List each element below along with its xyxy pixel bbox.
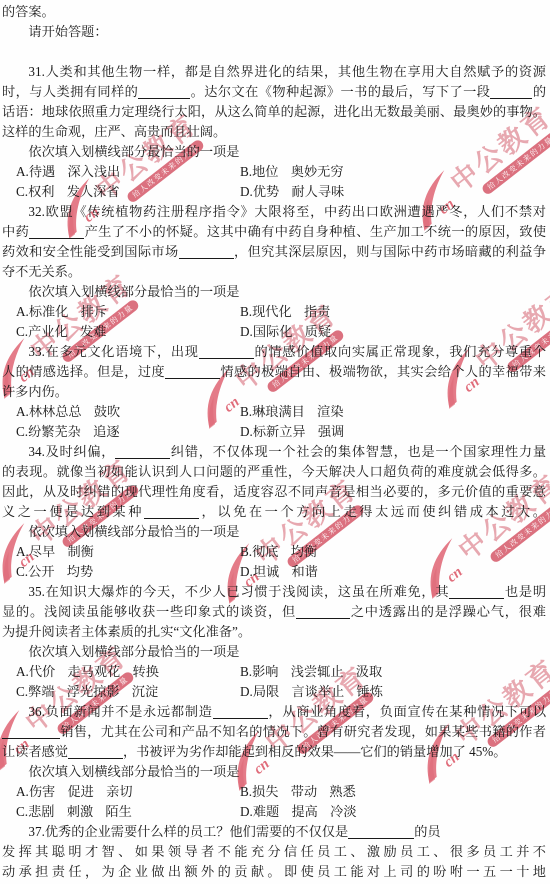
option: A.标准化 排斥 [16,302,240,322]
page-content: 的答案。请开始答题： 31.人类和其他生物一样，都是自然界进化的结果，其他生物在… [0,0,550,882]
fill-in-blank [2,725,60,739]
option: D.坦诚 和谐 [240,562,546,582]
question-text-line: 药效和安全性能受到国际市场，但究其深层原因，则与国际中药市场暗藏的利益争 [2,242,546,262]
fill-in-blank [199,345,254,359]
question-text-line: 义之一便是达到某种，以免在一个方向上走得太远而使纠错成本过大。 [2,502,546,522]
question-text-line: 时，与人类拥有同样的。达尔文在《物种起源》一书的最后，写下了一段的 [2,82,546,102]
fill-in-blank [179,245,234,259]
fill-in-blank [449,585,504,599]
option: A.伤害 促进 亲切 [16,782,240,802]
question-text-line: 动承担责任，为企业做出额外的贡献。即使员工能对上司的吩咐一五一十地 [2,862,546,882]
options-grid: A.尽早 制衡B.彻底 均衡C.公开 均势D.坦诚 和谐 [2,542,546,582]
option: C.产业化 发难 [16,322,240,342]
question-text-line: 人的情感选择。但是，过度情感的极端自由、极端物欲，其实会给个人的幸福带来 [2,362,546,382]
option: B.影响 浅尝辄止 汲取 [240,662,546,682]
fill-in-blank [213,705,268,719]
option: B.现代化 指责 [240,302,546,322]
question-text-line: 许多内伤。 [2,382,546,402]
option: C.弊端 浮光掠影 沉淀 [16,682,240,702]
fill-in-blank [144,505,199,519]
fill-in-blank [296,605,350,619]
exam-paper-page: cn中公教育给人改变未来的力量cn中公教育给人改变未来的力量cn中公教育给人改变… [0,0,550,884]
question-text-line: 32.欧盟《传统植物药注册程序指令》大限将至，中药出口欧洲遭遇严冬，人们不禁对 [2,202,546,222]
question-text-line: 33.在多元文化语境下，出现的情感价值取向实属正常现象，我们充分尊重个 [2,342,546,362]
fill-in-blank [490,85,532,99]
question-33: 33.在多元文化语境下，出现的情感价值取向实属正常现象，我们充分尊重个人的情感选… [2,342,546,442]
fill-in-prompt: 依次填入划横线部分最恰当的一项是 [2,522,546,542]
option: D.国际化 质疑 [240,322,546,342]
question-text-line: 夺不无关系。 [2,262,546,282]
question-text-line: 让读者感觉，书被评为劣作却能起到相反的效果——它们的销量增加了 45%。 [2,742,546,762]
question-31: 31.人类和其他生物一样，都是自然界进化的结果，其他生物在享用大自然赋予的资源时… [2,62,546,202]
option: A.代价 走马观花 转换 [16,662,240,682]
question-text-line: 31.人类和其他生物一样，都是自然界进化的结果，其他生物在享用大自然赋予的资源 [2,62,546,82]
question-text-line: 销售，尤其在公司和产品不知名的情况下。曾有研究者发现，如果某些书籍的作者 [2,722,546,742]
options-grid: A.伤害 促进 亲切B.损失 带动 熟悉C.悲剧 刺激 陌生D.难题 提高 冷淡 [2,782,546,822]
question-text-line: 话语：地球依照重力定理绕行太阳，从这么简单的起源，进化出无数最美丽、最奥妙的事物… [2,102,546,122]
fill-in-blank [348,825,414,839]
options-grid: A.待遇 深入浅出B.地位 奥妙无穷C.权利 发人深省D.优势 耐人寻味 [2,162,546,202]
questions-block: 31.人类和其他生物一样，都是自然界进化的结果，其他生物在享用大自然赋予的资源时… [2,62,546,882]
question-text-line: 36.负面新闻并不是永远都制造，从商业角度看，负面宣传在某种情况下可以 [2,702,546,722]
question-34: 34.及时纠偏，纠错，不仅体现一个社会的集体智慧，也是一个国家理性力量的表现。就… [2,442,546,582]
options-grid: A.标准化 排斥B.现代化 指责C.产业化 发难D.国际化 质疑 [2,302,546,342]
fill-in-blank [165,365,220,379]
option: C.悲剧 刺激 陌生 [16,802,240,822]
option: D.优势 耐人寻味 [240,182,546,202]
intro-line: 的答案。 [2,2,546,22]
question-text-line: 37.优秀的企业需要什么样的员工？他们需要的不仅仅是的员 [2,822,546,842]
fill-in-blank [68,745,123,759]
question-text-line: 34.及时纠偏，纠错，不仅体现一个社会的集体智慧，也是一个国家理性力量 [2,442,546,462]
question-36: 36.负面新闻并不是永远都制造，从商业角度看，负面宣传在某种情况下可以销售，尤其… [2,702,546,822]
question-37: 37.优秀的企业需要什么样的员工？他们需要的不仅仅是的员发挥其聪明才智、如果领导… [2,822,546,882]
option: C.公开 均势 [16,562,240,582]
option: A.待遇 深入浅出 [16,162,240,182]
fill-in-prompt: 依次填入划横线部分最恰当的一项是 [2,642,546,662]
option: D.局限 言谈举止 锤炼 [240,682,546,702]
fill-in-prompt: 依次填入划横线部分最恰当的一项是 [2,282,546,302]
question-text-line: 发挥其聪明才智、如果领导者不能充分信任员工、激励员工、很多员工并不 [2,842,546,862]
option: D.标新立异 强调 [240,422,546,442]
option: A.尽早 制衡 [16,542,240,562]
option: C.权利 发人深省 [16,182,240,202]
option: D.难题 提高 冷淡 [240,802,546,822]
intro-block: 的答案。请开始答题： [2,2,546,42]
option: B.琳琅满目 渲染 [240,402,546,422]
question-35: 35.在知识大爆炸的今天，不少人已习惯于浅阅读，这虽在所难免，其也是明显的。浅阅… [2,582,546,702]
intro-line: 请开始答题： [2,22,546,42]
option: A.林林总总 鼓吹 [16,402,240,422]
fill-in-prompt: 依次填入划横线部分最恰当的一项是 [2,762,546,782]
question-32: 32.欧盟《传统植物药注册程序指令》大限将至，中药出口欧洲遭遇严冬，人们不禁对中… [2,202,546,342]
question-text-line: 显的。浅阅读虽能够收获一些印象式的谈资，但之中透露出的是浮躁心气，很难 [2,602,546,622]
question-text-line: 为提升阅读者主体素质的扎实“文化准备”。 [2,622,546,642]
option: C.纷繁芜杂 追逐 [16,422,240,442]
question-text-line: 的表现。就像当初如能认识到人口问题的严重性，今天解决人口超负荷的难度就会低得多。 [2,462,546,482]
options-grid: A.代价 走马观花 转换B.影响 浅尝辄止 汲取C.弊端 浮光掠影 沉淀D.局限… [2,662,546,702]
fill-in-blank [29,225,84,239]
option: B.彻底 均衡 [240,542,546,562]
fill-in-blank [115,445,170,459]
question-text-line: 因此，从及时纠错的现代理性角度看，适度容忍不同声音是相当必要的，多元价值的重要意 [2,482,546,502]
fill-in-blank [138,85,190,99]
question-text-line: 中药产生了不小的怀疑。这其中确有中药自身种植、生产加工不统一的原因，致使 [2,222,546,242]
options-grid: A.林林总总 鼓吹B.琳琅满目 渲染C.纷繁芜杂 追逐D.标新立异 强调 [2,402,546,442]
question-text-line: 35.在知识大爆炸的今天，不少人已习惯于浅阅读，这虽在所难免，其也是明 [2,582,546,602]
question-text-line: 这样的生命观，庄严、高贵而且壮阔。 [2,122,546,142]
fill-in-prompt: 依次填入划横线部分最恰当的一项是 [2,142,546,162]
option: B.损失 带动 熟悉 [240,782,546,802]
option: B.地位 奥妙无穷 [240,162,546,182]
